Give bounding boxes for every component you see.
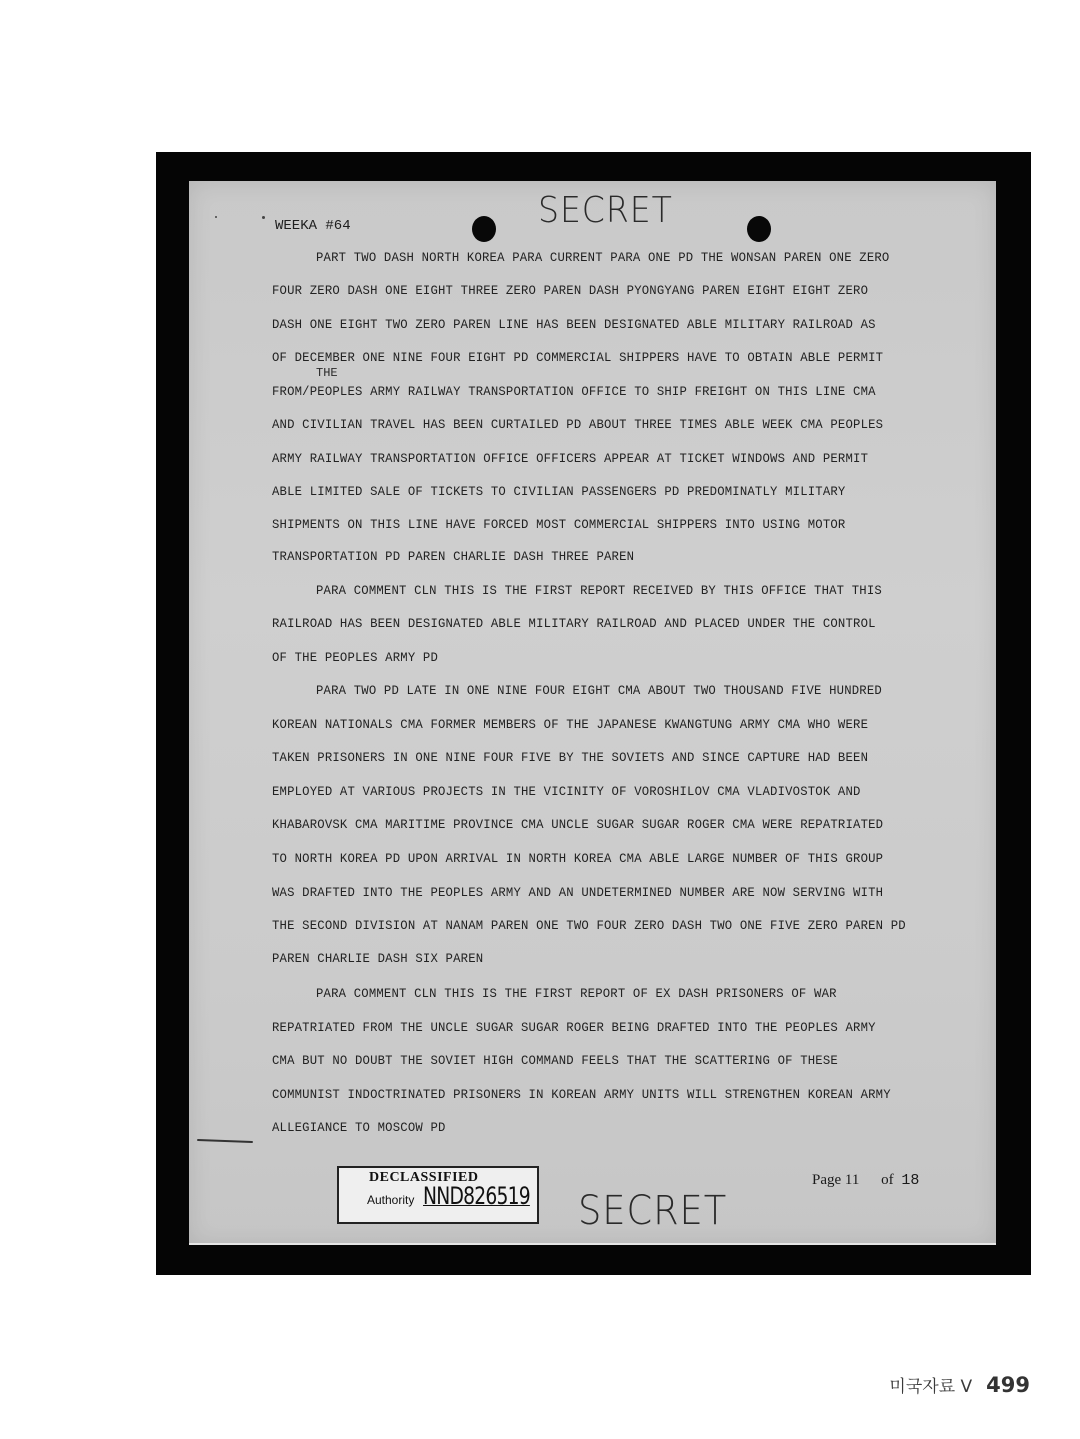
- document-line: PARA COMMENT CLN THIS IS THE FIRST REPOR…: [316, 986, 967, 1001]
- book-footer: 미국자료 V 499: [889, 1372, 1030, 1397]
- document-line: TO NORTH KOREA PD UPON ARRIVAL IN NORTH …: [272, 851, 923, 866]
- document-line: ALLEGIANCE TO MOSCOW PD: [272, 1120, 923, 1135]
- document-line: KHABAROVSK CMA MARITIME PROVINCE CMA UNC…: [272, 817, 923, 832]
- punch-hole-left: [472, 216, 496, 242]
- classification-stamp-bottom: SECRET: [578, 1188, 727, 1234]
- document-line: COMMUNIST INDOCTRINATED PRISONERS IN KOR…: [272, 1087, 923, 1102]
- book-section-title: 미국자료 V: [889, 1372, 972, 1397]
- document-line: KOREAN NATIONALS CMA FORMER MEMBERS OF T…: [272, 717, 923, 732]
- document-line: WAS DRAFTED INTO THE PEOPLES ARMY AND AN…: [272, 885, 923, 900]
- classification-stamp-top: SECRET: [538, 190, 673, 231]
- document-line: OF THE PEOPLES ARMY PD: [272, 650, 923, 665]
- page-indicator: Page 11 of 18: [812, 1172, 919, 1189]
- document-line: AND CIVILIAN TRAVEL HAS BEEN CURTAILED P…: [272, 417, 923, 432]
- interlinear-insert: THE: [316, 366, 338, 380]
- document-line: PART TWO DASH NORTH KOREA PARA CURRENT P…: [316, 250, 967, 265]
- document-line: FROM/PEOPLES ARMY RAILWAY TRANSPORTATION…: [272, 384, 923, 399]
- document-line: DASH ONE EIGHT TWO ZERO PAREN LINE HAS B…: [272, 317, 923, 332]
- document-page: [189, 181, 996, 1245]
- document-line: CMA BUT NO DOUBT THE SOVIET HIGH COMMAND…: [272, 1053, 923, 1068]
- page-label: Page: [812, 1172, 841, 1188]
- document-line: PAREN CHARLIE DASH SIX PAREN: [272, 951, 923, 966]
- paper-edge: [189, 1243, 996, 1245]
- document-line: EMPLOYED AT VARIOUS PROJECTS IN THE VICI…: [272, 784, 923, 799]
- paper-speck: [215, 216, 217, 218]
- document-line: RAILROAD HAS BEEN DESIGNATED ABLE MILITA…: [272, 616, 923, 631]
- document-line: FOUR ZERO DASH ONE EIGHT THREE ZERO PARE…: [272, 283, 923, 298]
- authority-number: NND826519: [423, 1182, 530, 1210]
- document-line: THE SECOND DIVISION AT NANAM PAREN ONE T…: [272, 918, 923, 933]
- document-line: ARMY RAILWAY TRANSPORTATION OFFICE OFFIC…: [272, 451, 923, 466]
- page-total: 18: [901, 1172, 919, 1189]
- document-line: REPATRIATED FROM THE UNCLE SUGAR SUGAR R…: [272, 1020, 923, 1035]
- document-line: TAKEN PRISONERS IN ONE NINE FOUR FIVE BY…: [272, 750, 923, 765]
- document-line: PARA COMMENT CLN THIS IS THE FIRST REPOR…: [316, 583, 967, 598]
- document-line: TRANSPORTATION PD PAREN CHARLIE DASH THR…: [272, 549, 923, 564]
- paper-speck: [262, 216, 265, 219]
- document-line: OF DECEMBER ONE NINE FOUR EIGHT PD COMME…: [272, 350, 923, 365]
- book-page-number: 499: [986, 1373, 1030, 1397]
- punch-hole-right: [747, 216, 771, 242]
- authority-label: Authority: [367, 1193, 414, 1207]
- document-line: ABLE LIMITED SALE OF TICKETS TO CIVILIAN…: [272, 484, 923, 499]
- declassified-stamp: DECLASSIFIED Authority NND826519: [337, 1166, 539, 1224]
- document-line: PARA TWO PD LATE IN ONE NINE FOUR EIGHT …: [316, 683, 967, 698]
- page-number: 11: [845, 1172, 859, 1188]
- of-label: of: [881, 1172, 894, 1188]
- document-id: WEEKA #64: [275, 218, 351, 234]
- document-line: SHIPMENTS ON THIS LINE HAVE FORCED MOST …: [272, 517, 923, 532]
